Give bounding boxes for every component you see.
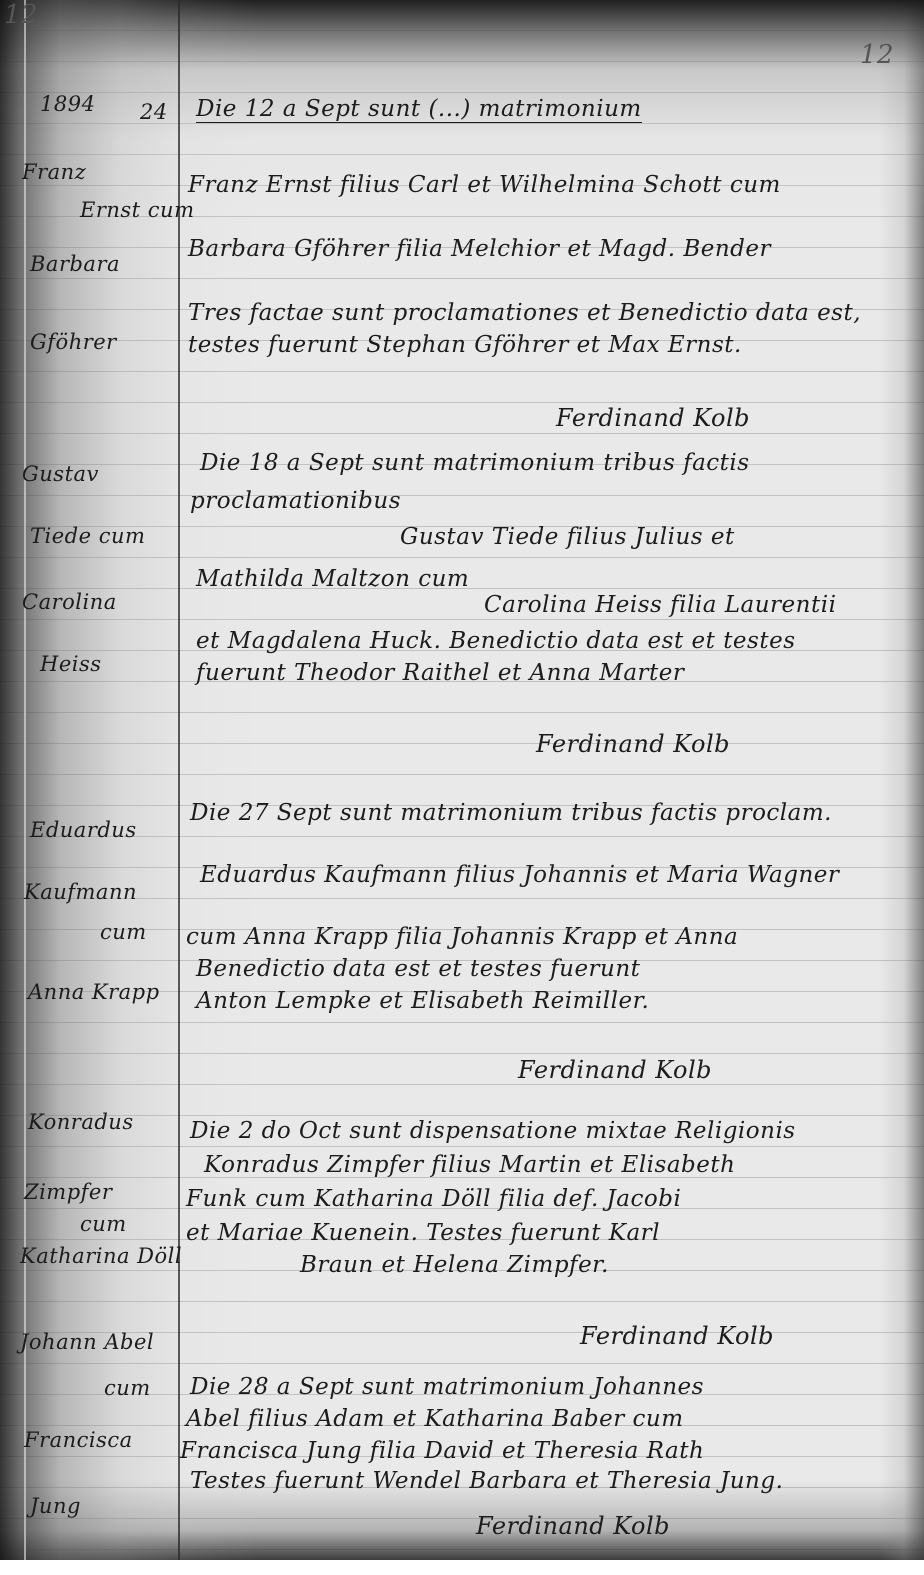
entry-line: fuerunt Theodor Raithel et Anna Marter <box>196 660 684 686</box>
entry-line: Carolina Heiss filia Laurentii <box>484 592 836 618</box>
priest-signature: Ferdinand Kolb <box>476 1512 670 1540</box>
margin-column-rule <box>178 0 180 1560</box>
entry-line: et Magdalena Huck. Benedictio data est e… <box>196 628 796 654</box>
margin-name: Carolina <box>22 590 117 614</box>
margin-name: Heiss <box>40 652 102 676</box>
entry-line: Testes fuerunt Wendel Barbara et Theresi… <box>190 1468 783 1494</box>
entry-line: Abel filius Adam et Katharina Baber cum <box>186 1406 684 1432</box>
margin-name: Francisca <box>24 1428 133 1452</box>
margin-name: Franz <box>22 160 86 184</box>
priest-signature: Ferdinand Kolb <box>518 1056 712 1084</box>
page-number-right: 12 <box>860 40 894 70</box>
margin-name: Eduardus <box>30 818 137 842</box>
header-title: Die 12 a Sept sunt (...) matrimonium <box>196 96 642 123</box>
entry-line: Funk cum Katharina Döll filia def. Jacob… <box>186 1186 681 1212</box>
entry-line: proclamationibus <box>190 488 401 514</box>
margin-name: Zimpfer <box>24 1180 112 1204</box>
margin-name: Jung <box>30 1494 81 1518</box>
margin-name: cum <box>104 1376 151 1400</box>
entry-line: Benedictio data est et testes fuerunt <box>196 956 640 982</box>
margin-name: Johann Abel <box>20 1330 154 1354</box>
entry-line: testes fuerunt Stephan Gföhrer et Max Er… <box>188 332 742 358</box>
entry-line: Anton Lempke et Elisabeth Reimiller. <box>196 988 649 1014</box>
entry-line: Tres factae sunt proclamationes et Bened… <box>188 300 861 326</box>
binding-edge-rule <box>24 0 26 1560</box>
scan-bottom-margin <box>0 1560 924 1575</box>
margin-name: Konradus <box>28 1110 134 1134</box>
entry-line: Braun et Helena Zimpfer. <box>300 1252 609 1278</box>
margin-name: Ernst cum <box>80 198 194 222</box>
margin-name: cum <box>100 920 147 944</box>
entry-line: Konradus Zimpfer filius Martin et Elisab… <box>204 1152 735 1178</box>
margin-name: Katharina Döll <box>20 1244 182 1268</box>
entry-line: Die 18 a Sept sunt matrimonium tribus fa… <box>200 450 750 476</box>
margin-name: Gustav <box>22 462 99 486</box>
scanned-register-page: 12 12 1894 24 Die 12 a Sept sunt (...) m… <box>0 0 924 1560</box>
priest-signature: Ferdinand Kolb <box>556 404 750 432</box>
entry-line: Mathilda Maltzon cum <box>196 566 469 592</box>
priest-signature: Ferdinand Kolb <box>580 1322 774 1350</box>
header-date-fragment: 24 <box>140 100 168 124</box>
entry-line: Eduardus Kaufmann filius Johannis et Mar… <box>200 862 839 888</box>
margin-name: Barbara <box>30 252 120 276</box>
entry-line: Barbara Gföhrer filia Melchior et Magd. … <box>188 236 771 262</box>
header-year: 1894 <box>40 92 95 116</box>
entry-line: Die 28 a Sept sunt matrimonium Johannes <box>190 1374 704 1400</box>
entry-line: et Mariae Kuenein. Testes fuerunt Karl <box>186 1220 660 1246</box>
entry-line: Gustav Tiede filius Julius et <box>400 524 735 550</box>
margin-name: Tiede cum <box>30 524 145 548</box>
entry-line: Die 27 Sept sunt matrimonium tribus fact… <box>190 800 832 826</box>
margin-name: Kaufmann <box>24 880 137 904</box>
entry-line: Die 2 do Oct sunt dispensatione mixtae R… <box>190 1118 796 1144</box>
margin-name: Anna Krapp <box>28 980 160 1004</box>
margin-name: Gföhrer <box>30 330 117 354</box>
entry-line: Francisca Jung filia David et Theresia R… <box>180 1438 704 1464</box>
priest-signature: Ferdinand Kolb <box>536 730 730 758</box>
page-number-left: 12 <box>4 0 38 30</box>
margin-name: cum <box>80 1212 127 1236</box>
entry-line: cum Anna Krapp filia Johannis Krapp et A… <box>186 924 738 950</box>
entry-line: Franz Ernst filius Carl et Wilhelmina Sc… <box>188 172 781 198</box>
